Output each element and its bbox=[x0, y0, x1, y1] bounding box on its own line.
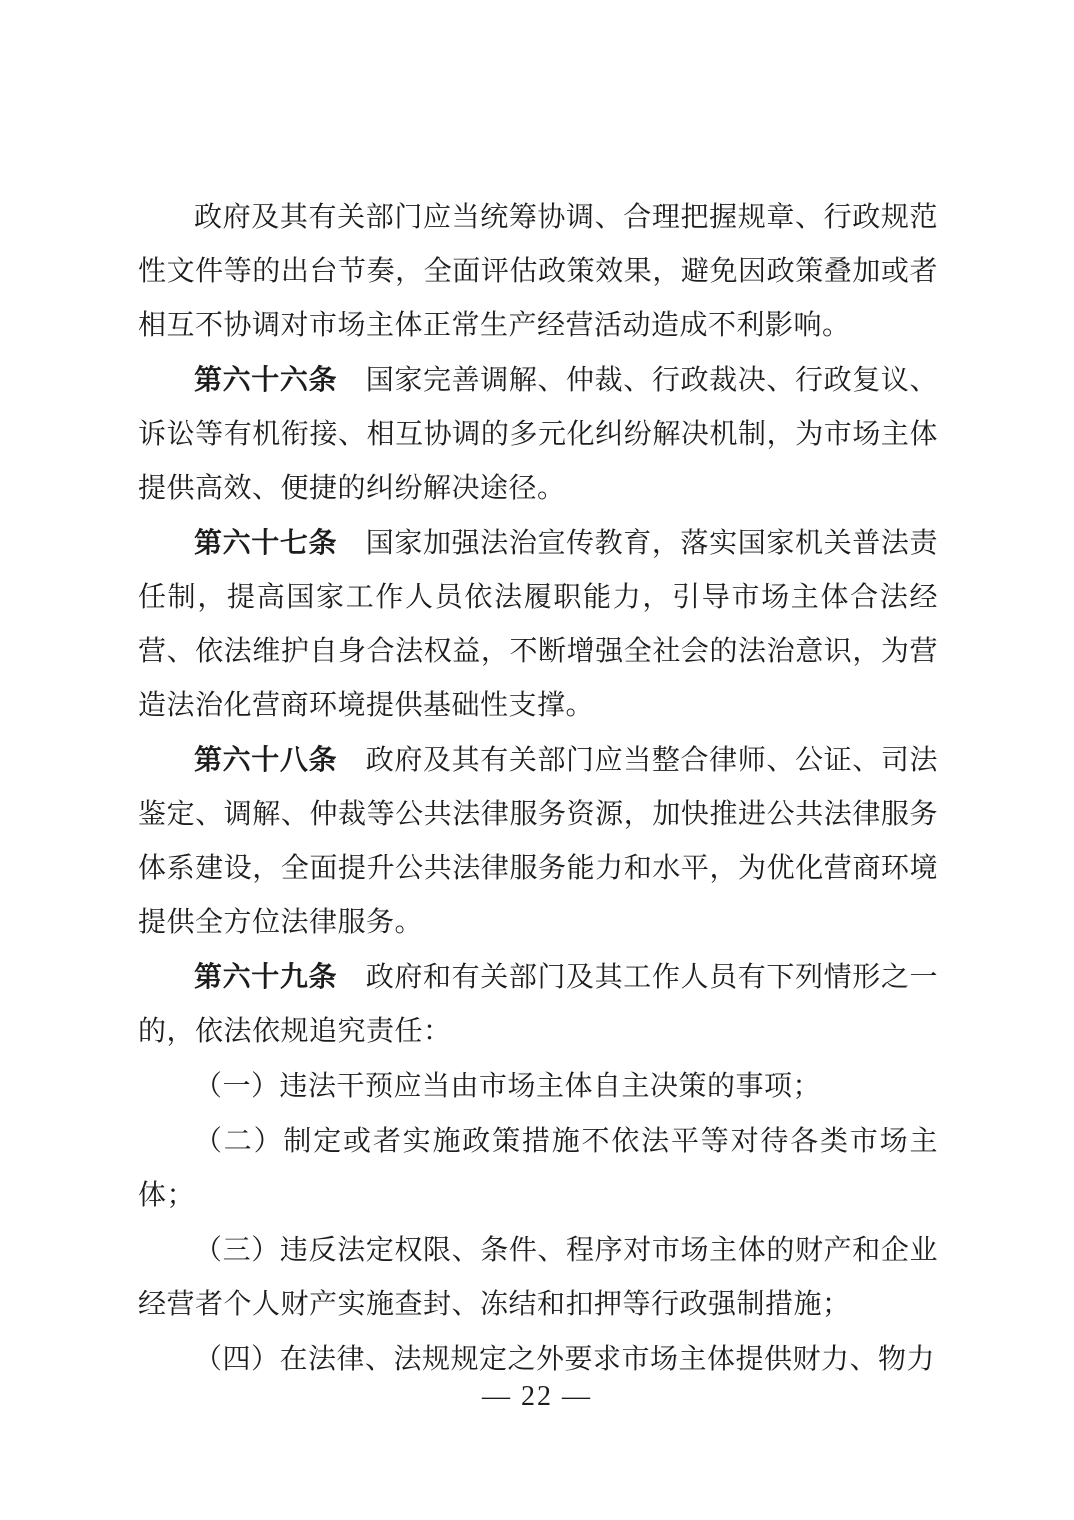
page-number: — 22 — bbox=[0, 1381, 1074, 1413]
paragraph-item-4: （四）在法律、法规规定之外要求市场主体提供财力、物力 bbox=[138, 1332, 938, 1387]
article-number: 第六十八条 bbox=[194, 744, 337, 775]
paragraph-text: （四）在法律、法规规定之外要求市场主体提供财力、物力 bbox=[194, 1344, 935, 1375]
article-number: 第六十六条 bbox=[194, 364, 337, 395]
paragraph-article-69: 第六十九条 政府和有关部门及其工作人员有下列情形之一的，依法依规追究责任： bbox=[138, 950, 938, 1059]
paragraph-text: （二）制定或者实施政策措施不依法平等对待各类市场主体； bbox=[138, 1126, 938, 1211]
paragraph-article-68: 第六十八条 政府及其有关部门应当整合律师、公证、司法鉴定、调解、仲裁等公共法律服… bbox=[138, 733, 938, 950]
paragraph-item-2: （二）制定或者实施政策措施不依法平等对待各类市场主体； bbox=[138, 1114, 938, 1223]
paragraph-text: （一）违法干预应当由市场主体自主决策的事项； bbox=[194, 1071, 821, 1102]
document-page: 政府及其有关部门应当统筹协调、合理把握规章、行政规范性文件等的出台节奏，全面评估… bbox=[0, 0, 1074, 1520]
paragraph-item-3: （三）违反法定权限、条件、程序对市场主体的财产和企业经营者个人财产实施查封、冻结… bbox=[138, 1223, 938, 1332]
article-number: 第六十九条 bbox=[194, 961, 337, 992]
paragraph-article-66: 第六十六条 国家完善调解、仲裁、行政裁决、行政复议、诉讼等有机衔接、相互协调的多… bbox=[138, 353, 938, 516]
paragraph-item-1: （一）违法干预应当由市场主体自主决策的事项； bbox=[138, 1059, 938, 1114]
paragraph-article-67: 第六十七条 国家加强法治宣传教育，落实国家机关普法责任制，提高国家工作人员依法履… bbox=[138, 516, 938, 733]
document-body: 政府及其有关部门应当统筹协调、合理把握规章、行政规范性文件等的出台节奏，全面评估… bbox=[138, 190, 938, 1387]
paragraph-text: （三）违反法定权限、条件、程序对市场主体的财产和企业经营者个人财产实施查封、冻结… bbox=[138, 1235, 938, 1320]
article-number: 第六十七条 bbox=[194, 527, 337, 558]
paragraph-65-continuation: 政府及其有关部门应当统筹协调、合理把握规章、行政规范性文件等的出台节奏，全面评估… bbox=[138, 190, 938, 353]
paragraph-text: 政府及其有关部门应当统筹协调、合理把握规章、行政规范性文件等的出台节奏，全面评估… bbox=[138, 202, 938, 341]
